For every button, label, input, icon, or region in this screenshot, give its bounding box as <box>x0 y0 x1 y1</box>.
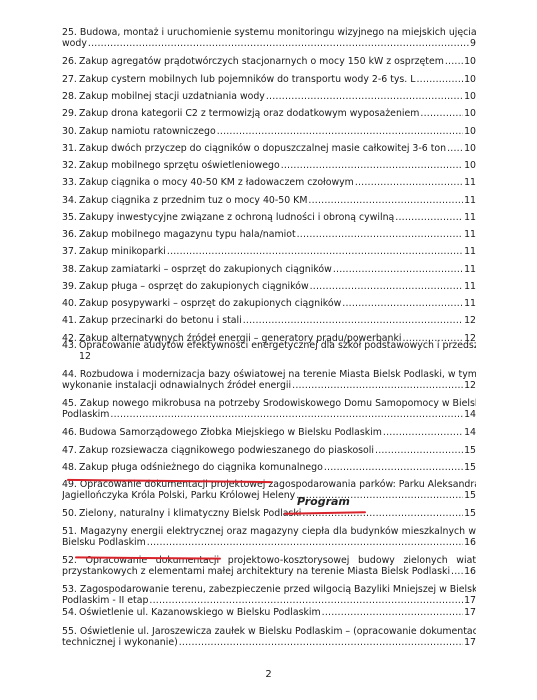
toc-entry-number: 25. <box>62 27 77 38</box>
dot-leader <box>217 126 463 137</box>
toc-entry-number: 46. <box>62 427 79 438</box>
toc-entry-page: 10 <box>464 160 476 171</box>
toc-entry-number: 35. <box>62 212 79 223</box>
toc-entry-title: Zagospodarowanie terenu, zabezpieczenie … <box>80 584 476 595</box>
toc-entry-title: wody <box>62 38 87 49</box>
toc-entry-title: Budowa, montaż i uruchomienie systemu mo… <box>80 27 476 38</box>
dot-leader <box>292 380 463 391</box>
toc-entry-text-line: Bielsku Podlaskim16 <box>62 537 476 548</box>
toc-entry[interactable]: 44. Rozbudowa i modernizacja bazy oświat… <box>62 369 476 391</box>
toc-entry-page: 10 <box>464 91 476 102</box>
dot-leader <box>281 160 463 171</box>
toc-entry-title: Bielsku Podlaskim <box>62 537 146 548</box>
toc-entry-number: 30. <box>62 126 79 137</box>
toc-entry-text-line: 35.Zakupy inwestycyjne związane z ochron… <box>62 212 476 223</box>
dot-leader <box>375 445 463 456</box>
dot-leader <box>243 315 463 326</box>
toc-entry-number: 53. <box>62 584 77 595</box>
toc-entry-text-line: 54.Oświetlenie ul. Kazanowskiego w Biels… <box>62 607 476 618</box>
dot-leader <box>308 195 463 206</box>
toc-entry-text-line: 40.Zakup posypywarki – osprzęt do zakupi… <box>62 298 476 309</box>
toc-entry-page: 9 <box>470 38 476 49</box>
handwritten-note-program: Program <box>297 495 350 508</box>
toc-entry-page: 10 <box>464 74 476 85</box>
dot-leader <box>395 212 463 223</box>
toc-entry-title: przystankowych z elementami małej archit… <box>62 566 450 577</box>
toc-entry[interactable]: 37.Zakup minikoparki11 <box>62 246 476 257</box>
toc-entry[interactable]: 30.Zakup namiotu ratowniczego10 <box>62 126 476 137</box>
toc-entry-text-line: 47.Zakup rozsiewacza ciągnikowego podwie… <box>62 445 476 456</box>
toc-entry-title: Zakup cystern mobilnych lub pojemników d… <box>79 74 415 85</box>
dot-leader <box>88 38 469 49</box>
toc-entry-number: 40. <box>62 298 79 309</box>
dot-leader <box>322 607 463 618</box>
dot-leader <box>149 595 463 606</box>
toc-entry[interactable]: 36.Zakup mobilnego magazynu typu hala/na… <box>62 229 476 240</box>
toc-entry-text-line: 31.Zakup dwóch przyczep do ciągników o d… <box>62 143 476 154</box>
toc-entry[interactable]: 47.Zakup rozsiewacza ciągnikowego podwie… <box>62 445 476 456</box>
toc-entry-page: 11 <box>464 298 476 309</box>
dot-leader <box>167 246 463 257</box>
toc-entry-page: 15 <box>464 490 476 501</box>
toc-entry[interactable]: 54.Oświetlenie ul. Kazanowskiego w Biels… <box>62 607 476 618</box>
toc-entry-number: 55. <box>62 626 77 637</box>
toc-entry-title: Podlaskim <box>62 409 109 420</box>
toc-entry-text-line: wykonanie instalacji odnawialnych źródeł… <box>62 380 476 391</box>
toc-entry-number: 29. <box>62 108 79 119</box>
toc-entry-title: Zakup przecinarki do betonu i stali <box>79 315 242 326</box>
toc-entry-title: Jagiellończyka Króla Polski, Parku Królo… <box>62 490 295 501</box>
toc-entry-text-line: 28.Zakup mobilnej stacji uzdatniania wod… <box>62 91 476 102</box>
toc-entry[interactable]: 25. Budowa, montaż i uruchomienie system… <box>62 27 476 49</box>
toc-entry-text-line: 51. Magazyny energii elektrycznej oraz m… <box>62 526 476 537</box>
toc-entry-text-line: 50.Zielony, naturalny i klimatyczny Biel… <box>62 508 476 519</box>
dot-leader <box>147 537 463 548</box>
toc-entry-title: technicznej i wykonanie) <box>62 637 178 648</box>
dot-leader <box>355 177 463 188</box>
toc-entry-title: Zakup nowego mikrobusa na potrzeby Środo… <box>80 398 476 409</box>
toc-entry-text-line: 45. Zakup nowego mikrobusa na potrzeby Ś… <box>62 398 476 409</box>
toc-entry[interactable]: 40.Zakup posypywarki – osprzęt do zakupi… <box>62 298 476 309</box>
toc-entry-title: Zakup ciągnika z przednim tuz o mocy 40-… <box>79 195 307 206</box>
dot-leader <box>179 637 463 648</box>
toc-entry-page: 12 <box>464 315 476 326</box>
toc-entry-number: 31. <box>62 143 79 154</box>
toc-entry-page: 11 <box>464 281 476 292</box>
toc-entry-title: Zakup dwóch przyczep do ciągników o dopu… <box>79 143 446 154</box>
dot-leader <box>333 264 463 275</box>
toc-entry-page: 10 <box>464 108 476 119</box>
toc-entry[interactable]: 43.Opracowanie audytów efektywności ener… <box>62 340 476 362</box>
toc-entry-title: wykonanie instalacji odnawialnych źródeł… <box>62 380 291 391</box>
toc-entry-page: 11 <box>464 177 476 188</box>
toc-entry[interactable]: 39.Zakup pługa – osprzęt do zakupionych … <box>62 281 476 292</box>
toc-entry-text-line: 39.Zakup pługa – osprzęt do zakupionych … <box>62 281 476 292</box>
toc-entry-page: 10 <box>464 143 476 154</box>
toc-entry-text-line: 36.Zakup mobilnego magazynu typu hala/na… <box>62 229 476 240</box>
toc-entry-text-line: wody9 <box>62 38 476 49</box>
toc-entry-title: Zakup rozsiewacza ciągnikowego podwiesza… <box>79 445 374 456</box>
toc-entry-page: 12 <box>79 351 91 362</box>
toc-entry-text-line: 41.Zakup przecinarki do betonu i stali12 <box>62 315 476 326</box>
toc-entry[interactable]: 32.Zakup mobilnego sprzętu oświetleniowe… <box>62 160 476 171</box>
toc-entry[interactable]: 46.Budowa Samorządowego Żłobka Miejskieg… <box>62 427 476 438</box>
toc-entry-title: Zakupy inwestycyjne związane z ochroną l… <box>79 212 394 223</box>
toc-entry-text-line: 34.Zakup ciągnika z przednim tuz o mocy … <box>62 195 476 206</box>
toc-entry[interactable]: 27.Zakup cystern mobilnych lub pojemnikó… <box>62 74 476 85</box>
toc-entry-page: 16 <box>464 537 476 548</box>
toc-entry-text-line: 44. Rozbudowa i modernizacja bazy oświat… <box>62 369 476 380</box>
toc-entry[interactable]: 38.Zakup zamiatarki – osprzęt do zakupio… <box>62 264 476 275</box>
toc-entry-title: Zakup mobilnego sprzętu oświetleniowego <box>79 160 280 171</box>
toc-entry-page: 17 <box>464 607 476 618</box>
toc-entry-text-line: 55. Oświetlenie ul. Jaroszewicza zaułek … <box>62 626 476 637</box>
toc-entry-page: 11 <box>464 229 476 240</box>
toc-entry-number: 44. <box>62 369 77 380</box>
toc-entry-title: Zakup zamiatarki – osprzęt do zakupionyc… <box>79 264 332 275</box>
toc-entry[interactable]: 41.Zakup przecinarki do betonu i stali12 <box>62 315 476 326</box>
toc-entry-number: 43. <box>62 340 79 351</box>
toc-entry[interactable]: 51. Magazyny energii elektrycznej oraz m… <box>62 526 476 548</box>
toc-entry-page: 11 <box>464 195 476 206</box>
toc-entry-number: 54. <box>62 607 79 618</box>
toc-entry-title: Zielony, naturalny i klimatyczny Bielsk … <box>79 508 301 519</box>
toc-entry-text-line: 30.Zakup namiotu ratowniczego10 <box>62 126 476 137</box>
toc-entry-page: 15 <box>464 445 476 456</box>
dot-leader <box>324 462 463 473</box>
toc-entry[interactable]: 48.Zakup pługa odśnieżnego do ciągnika k… <box>62 462 476 473</box>
toc-entry-page: 17 <box>464 595 476 606</box>
toc-entry-page: 16 <box>464 566 476 577</box>
toc-entry-text-line: Podlaskim14 <box>62 409 476 420</box>
toc-entry-number: 28. <box>62 91 79 102</box>
toc-entry-page: 11 <box>464 246 476 257</box>
dot-leader <box>383 427 463 438</box>
toc-entry-text-line: Podlaskim - II etap17 <box>62 595 476 606</box>
toc-entry-text-line: 32.Zakup mobilnego sprzętu oświetleniowe… <box>62 160 476 171</box>
toc-entry-title: Zakup posypywarki – osprzęt do zakupiony… <box>79 298 341 309</box>
toc-entry-title: Zakup mobilnej stacji uzdatniania wody <box>79 91 265 102</box>
toc-entry-page: 14 <box>464 427 476 438</box>
toc-entry-number: 34. <box>62 195 79 206</box>
toc-entry-title: Rozbudowa i modernizacja bazy oświatowej… <box>80 369 476 380</box>
toc-entry-text-line: 53. Zagospodarowanie terenu, zabezpiecze… <box>62 584 476 595</box>
toc-entry-text-line: 48.Zakup pługa odśnieżnego do ciągnika k… <box>62 462 476 473</box>
toc-entry-number: 41. <box>62 315 79 326</box>
toc-entry-title: Oświetlenie ul. Jaroszewicza zaułek w Bi… <box>80 626 476 637</box>
toc-entry[interactable]: 33.Zakup ciągnika o mocy 40-50 KM z łado… <box>62 177 476 188</box>
dot-leader <box>445 56 463 67</box>
dot-leader <box>310 281 463 292</box>
toc-entry-number: 45. <box>62 398 77 409</box>
toc-entry-title: Oświetlenie ul. Kazanowskiego w Bielsku … <box>79 607 321 618</box>
toc-entry[interactable]: 31.Zakup dwóch przyczep do ciągników o d… <box>62 143 476 154</box>
dot-leader <box>342 298 463 309</box>
toc-entry-title: Zakup namiotu ratowniczego <box>79 126 216 137</box>
toc-entry-number: 33. <box>62 177 79 188</box>
toc-entry[interactable]: 53. Zagospodarowanie terenu, zabezpiecze… <box>62 584 476 606</box>
toc-entry-title: Zakup agregatów prądotwórczych stacjonar… <box>79 56 444 67</box>
toc-entry-text-line: Jagiellończyka Króla Polski, Parku Królo… <box>62 490 476 501</box>
toc-entry-title: Zakup minikoparki <box>79 246 166 257</box>
toc-entry-number: 26. <box>62 56 79 67</box>
toc-entry[interactable]: 45. Zakup nowego mikrobusa na potrzeby Ś… <box>62 398 476 420</box>
dot-leader <box>416 74 463 85</box>
toc-entry[interactable]: 50.Zielony, naturalny i klimatyczny Biel… <box>62 508 476 519</box>
toc-entry-number: 32. <box>62 160 79 171</box>
toc-entry-title: Zakup pługa odśnieżnego do ciągnika komu… <box>79 462 323 473</box>
toc-entry-text-line: 27.Zakup cystern mobilnych lub pojemnikó… <box>62 74 476 85</box>
toc-entry-title: Podlaskim - II etap <box>62 595 148 606</box>
toc-entry-number: 39. <box>62 281 79 292</box>
toc-entry-title: Zakup mobilnego magazynu typu hala/namio… <box>79 229 296 240</box>
toc-entry-number: 27. <box>62 74 79 85</box>
toc-entry[interactable]: 26.Zakup agregatów prądotwórczych stacjo… <box>62 56 476 67</box>
toc-entry-number: 36. <box>62 229 79 240</box>
toc-entry-number: 38. <box>62 264 79 275</box>
toc-entry-title: Zakup ciągnika o mocy 40-50 KM z ładowac… <box>79 177 354 188</box>
toc-entry-title: Budowa Samorządowego Żłobka Miejskiego w… <box>79 427 382 438</box>
dot-leader <box>266 91 463 102</box>
dot-leader <box>447 143 463 154</box>
toc-entry-page: 12 <box>464 380 476 391</box>
dot-leader <box>420 108 463 119</box>
toc-entry[interactable]: 35.Zakupy inwestycyjne związane z ochron… <box>62 212 476 223</box>
dot-leader <box>110 409 463 420</box>
toc-entry-text-line: 26.Zakup agregatów prądotwórczych stacjo… <box>62 56 476 67</box>
toc-entry-text-line: technicznej i wykonanie)17 <box>62 637 476 648</box>
toc-entry-number: 51. <box>62 526 77 537</box>
toc-entry-text-line: 29.Zakup drona kategorii C2 z termowizją… <box>62 108 476 119</box>
dot-leader <box>297 229 463 240</box>
toc-entry-page: 11 <box>464 212 476 223</box>
toc-entry-number: 50. <box>62 508 79 519</box>
toc-entry-text-line: 38.Zakup zamiatarki – osprzęt do zakupio… <box>62 264 476 275</box>
toc-entry-text-line: 25. Budowa, montaż i uruchomienie system… <box>62 27 476 38</box>
toc-entry-page: 10 <box>464 126 476 137</box>
toc-entry-text-line: przystankowych z elementami małej archit… <box>62 566 476 577</box>
toc-entry-title: Magazyny energii elektrycznej oraz magaz… <box>80 526 476 537</box>
toc-entry-number: 37. <box>62 246 79 257</box>
toc-entry-page: 11 <box>464 264 476 275</box>
toc-entry-page: 17 <box>464 637 476 648</box>
toc-entry-page: 10 <box>464 56 476 67</box>
toc-entry[interactable]: 28.Zakup mobilnej stacji uzdatniania wod… <box>62 91 476 102</box>
toc-entry-text-line: 37.Zakup minikoparki11 <box>62 246 476 257</box>
page-number: 2 <box>0 669 537 680</box>
toc-entry-number: 48. <box>62 462 79 473</box>
toc-entry-number: 47. <box>62 445 79 456</box>
toc-entry-text-line: 33.Zakup ciągnika o mocy 40-50 KM z łado… <box>62 177 476 188</box>
toc-entry[interactable]: 34.Zakup ciągnika z przednim tuz o mocy … <box>62 195 476 206</box>
toc-entry-page: 15 <box>464 462 476 473</box>
toc-entry-title: Opracowanie audytów efektywności energet… <box>79 340 476 351</box>
toc-entry-text-line: 12 <box>62 351 476 362</box>
toc-entry[interactable]: 55. Oświetlenie ul. Jaroszewicza zaułek … <box>62 626 476 648</box>
toc-entry-text-line: 43.Opracowanie audytów efektywności ener… <box>62 340 476 351</box>
toc-entry[interactable]: 29.Zakup drona kategorii C2 z termowizją… <box>62 108 476 119</box>
toc-entry-page: 15 <box>464 508 476 519</box>
document-page: 25. Budowa, montaż i uruchomienie system… <box>0 0 537 700</box>
toc-entry-title: Zakup drona kategorii C2 z termowizją or… <box>79 108 419 119</box>
dot-leader <box>451 566 463 577</box>
toc-entry-title: Zakup pługa – osprzęt do zakupionych cią… <box>79 281 309 292</box>
toc-entry-text-line: 46.Budowa Samorządowego Żłobka Miejskieg… <box>62 427 476 438</box>
toc-entry-page: 14 <box>464 409 476 420</box>
